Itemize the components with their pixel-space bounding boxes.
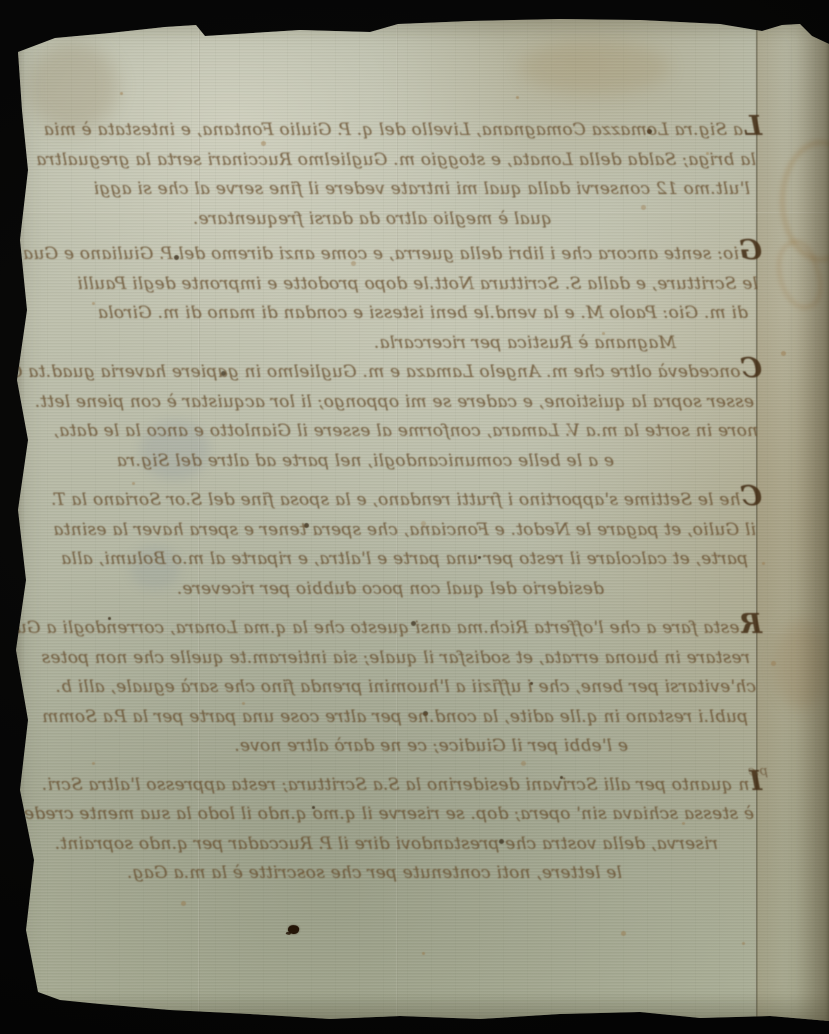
handwriting-line: La Sig.ra Lomazza Comagnana, Livello del… bbox=[60, 116, 762, 146]
manuscript-page: La Sig.ra Lomazza Comagnana, Livello del… bbox=[0, 0, 829, 1034]
handwriting-line: è stessa schiava sin' opera; dop. se ris… bbox=[60, 800, 754, 830]
handwriting-line: esser sopra la quistione, e cadere se mi… bbox=[60, 388, 754, 418]
paragraph-initial: C bbox=[741, 481, 763, 512]
handwriting-line: e a le belle comunicandogli, nel parte a… bbox=[60, 447, 614, 477]
fold-crease-vertical-main bbox=[755, 0, 758, 1034]
stain-top-left-corner bbox=[28, 42, 118, 132]
handwriting-line: l'ult.mo 12 conservi dalla qual mi intra… bbox=[60, 175, 750, 205]
handwriting-paragraph-3: Concedevà oltre che m. Angelo Lamaza e m… bbox=[60, 358, 762, 476]
fold-crease-vertical-middle bbox=[396, 0, 398, 1034]
handwriting-line: di m. Gio: Paolo M. e la vend.le beni is… bbox=[60, 299, 748, 329]
mirrored-handwriting-block: La Sig.ra Lomazza Comagnana, Livello del… bbox=[60, 116, 762, 889]
handwriting-line: Che le Settime s'apportino i frutti rend… bbox=[60, 486, 762, 516]
fold-crease-horizontal-upper bbox=[0, 212, 829, 214]
handwriting-line: Gio: sente ancora che i libri della guer… bbox=[60, 240, 762, 270]
paragraph-initial: L bbox=[743, 111, 762, 142]
handwriting-paragraph-5: Resta fare a che l'offerta Rich.ma ansi … bbox=[60, 614, 762, 762]
handwriting-line: parte, et calcolare il resto per una par… bbox=[60, 545, 748, 575]
handwriting-line: ch'evitarsi per bene, che i uffizii a l'… bbox=[60, 673, 756, 703]
faint-blue-trace-2 bbox=[130, 545, 180, 590]
water-stain-ring bbox=[780, 140, 829, 262]
handwriting-line: le lettere, noti contenute per che soscr… bbox=[60, 859, 622, 889]
handwriting-paragraph-4: Che le Settime s'apportino i frutti rend… bbox=[60, 486, 762, 604]
handwriting-line: restare in buona errata, et sodisfar il … bbox=[60, 644, 750, 674]
handwriting-line: e l'ebbi per il Giudice; ce ne darò altr… bbox=[60, 732, 628, 762]
handwriting-line: la briga; Salda della Lonata, e stoggio … bbox=[60, 146, 756, 176]
paragraph-initial: I bbox=[749, 766, 762, 797]
stain-top-smudge bbox=[520, 40, 670, 95]
paragraph-initial: R bbox=[740, 609, 762, 640]
handwriting-paragraph-6: In quanto per alli Scrivani desiderino l… bbox=[60, 771, 762, 889]
ink-blot bbox=[287, 924, 300, 936]
fold-crease-horizontal-lower bbox=[0, 632, 829, 634]
handwriting-line: publ.i restano in q.lle adite, la cond.n… bbox=[60, 703, 748, 733]
marginal-abbreviation-mark: p.c bbox=[748, 764, 768, 779]
water-stain-curl bbox=[768, 235, 829, 315]
handwriting-line: Concedevà oltre che m. Angelo Lamaza e m… bbox=[60, 358, 762, 388]
stain-right-lower bbox=[775, 620, 829, 710]
paragraph-initial: C bbox=[741, 353, 763, 384]
handwriting-line: desiderio del qual con poco dubbio per r… bbox=[60, 575, 604, 605]
handwriting-line: riserva, della vostra che prestandovi di… bbox=[60, 830, 718, 860]
faint-blue-trace-1 bbox=[140, 420, 210, 480]
handwriting-paragraph-1: La Sig.ra Lomazza Comagnana, Livello del… bbox=[60, 116, 762, 234]
handwriting-line: qual è meglio altro da darsi frequentare… bbox=[60, 205, 552, 235]
handwriting-line: In quanto per alli Scrivani desiderino l… bbox=[60, 771, 762, 801]
handwriting-line: nore in sorte la m.a V. Lamara, conforme… bbox=[60, 417, 758, 447]
page-fold-strip bbox=[757, 0, 829, 1034]
handwriting-paragraph-2: Gio: sente ancora che i libri della guer… bbox=[60, 240, 762, 358]
handwriting-line: Magnana è Rustica per ricercarla. bbox=[60, 329, 676, 359]
handwriting-line: Resta fare a che l'offerta Rich.ma ansi … bbox=[60, 614, 762, 644]
fold-crease-vertical-left bbox=[198, 0, 200, 1034]
paragraph-initial: G bbox=[739, 235, 762, 266]
handwriting-line: il Gulio, et pagare le Nedot. e Fonciana… bbox=[60, 516, 756, 546]
handwriting-line: le Scritture, e dalla S. Scrittura Nott.… bbox=[60, 270, 758, 300]
